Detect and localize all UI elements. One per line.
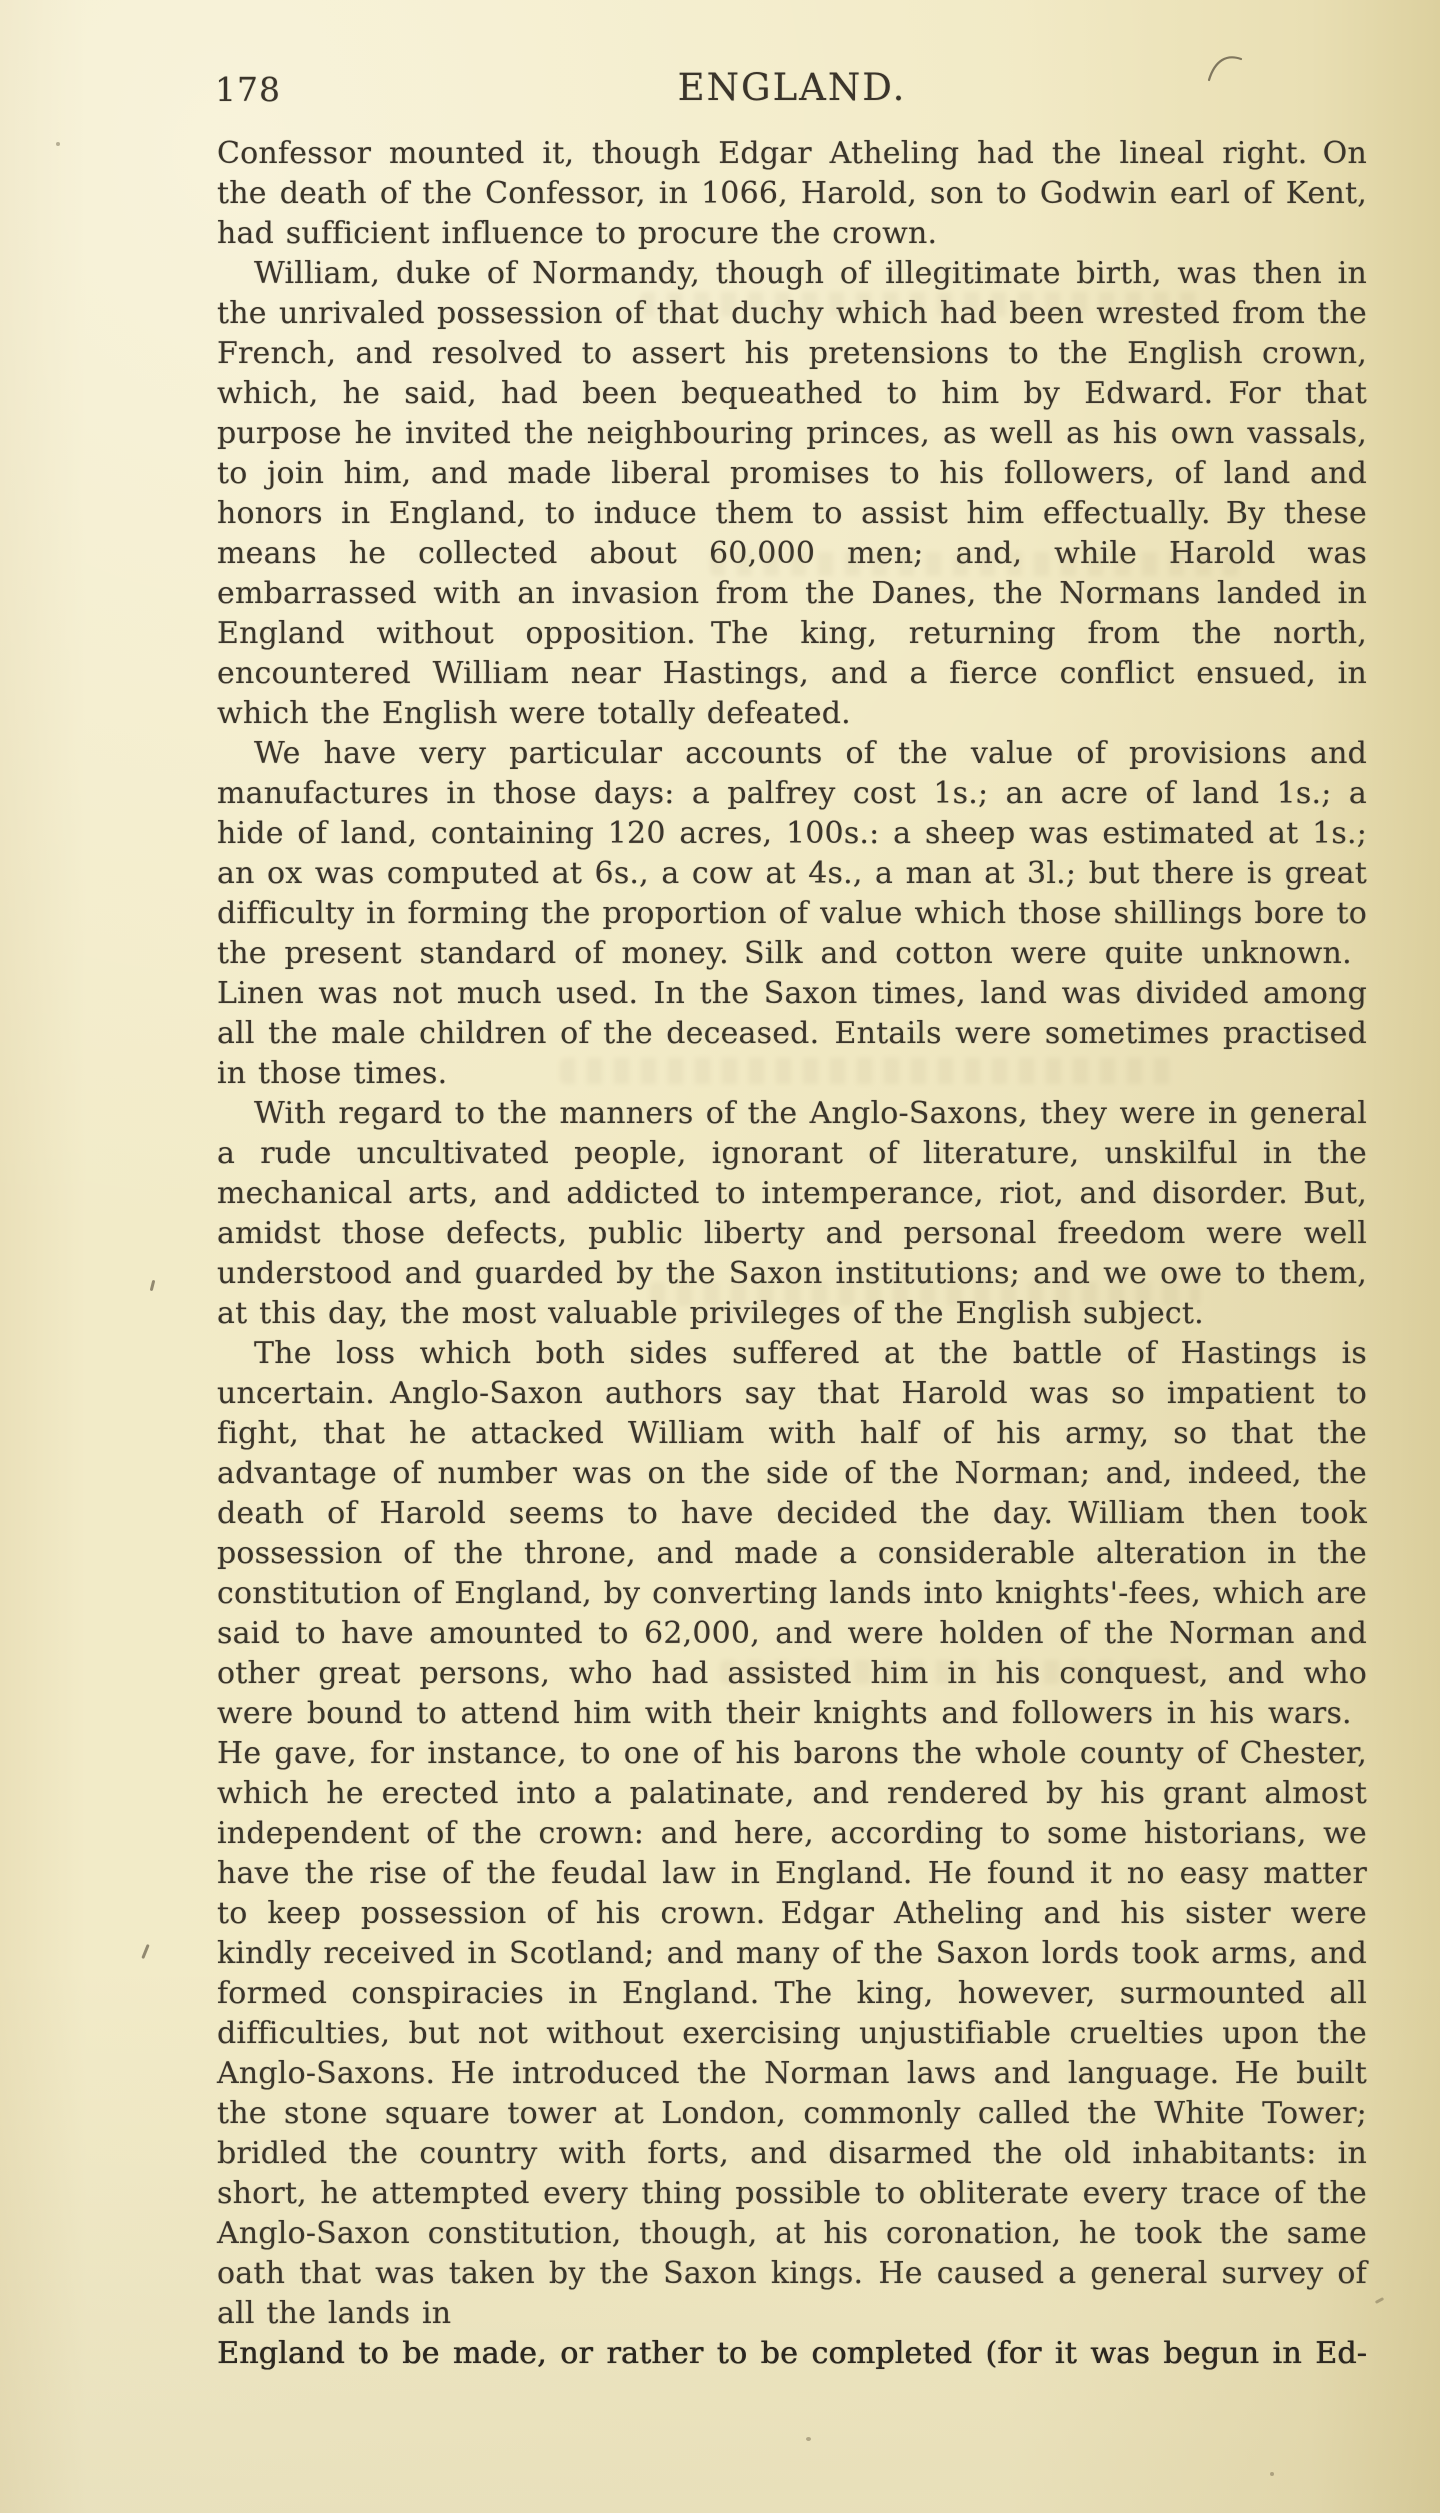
body-text-column: Confessor mounted it, though Edgar Athel…: [217, 134, 1367, 2374]
scanned-book-page: 178 ENGLAND. Confessor mounted it, thoug…: [0, 0, 1440, 2513]
paragraph-values-of-provisions: We have very particular accounts of the …: [217, 734, 1367, 1094]
ink-tick-icon: [150, 1280, 156, 1291]
pen-mark-icon: [1203, 50, 1247, 90]
paragraph-anglo-saxon-manners: With regard to the manners of the Anglo-…: [217, 1094, 1367, 1334]
running-header-title: ENGLAND.: [217, 66, 1367, 109]
paper-speck-icon: [806, 2437, 811, 2441]
paper-speck-icon: [1270, 2472, 1274, 2476]
final-catchline: England to be made, or rather to be comp…: [217, 2334, 1367, 2374]
paper-speck-icon: [1375, 2297, 1384, 2304]
paragraph-battle-of-hastings: The loss which both sides suffered at th…: [217, 1334, 1367, 2334]
paragraph-william-invasion: William, duke of Normandy, though of ill…: [217, 254, 1367, 734]
paragraph-continuation: Confessor mounted it, though Edgar Athel…: [217, 134, 1367, 254]
ink-tick-icon: [141, 1944, 149, 1959]
paper-speck-icon: [56, 142, 60, 146]
